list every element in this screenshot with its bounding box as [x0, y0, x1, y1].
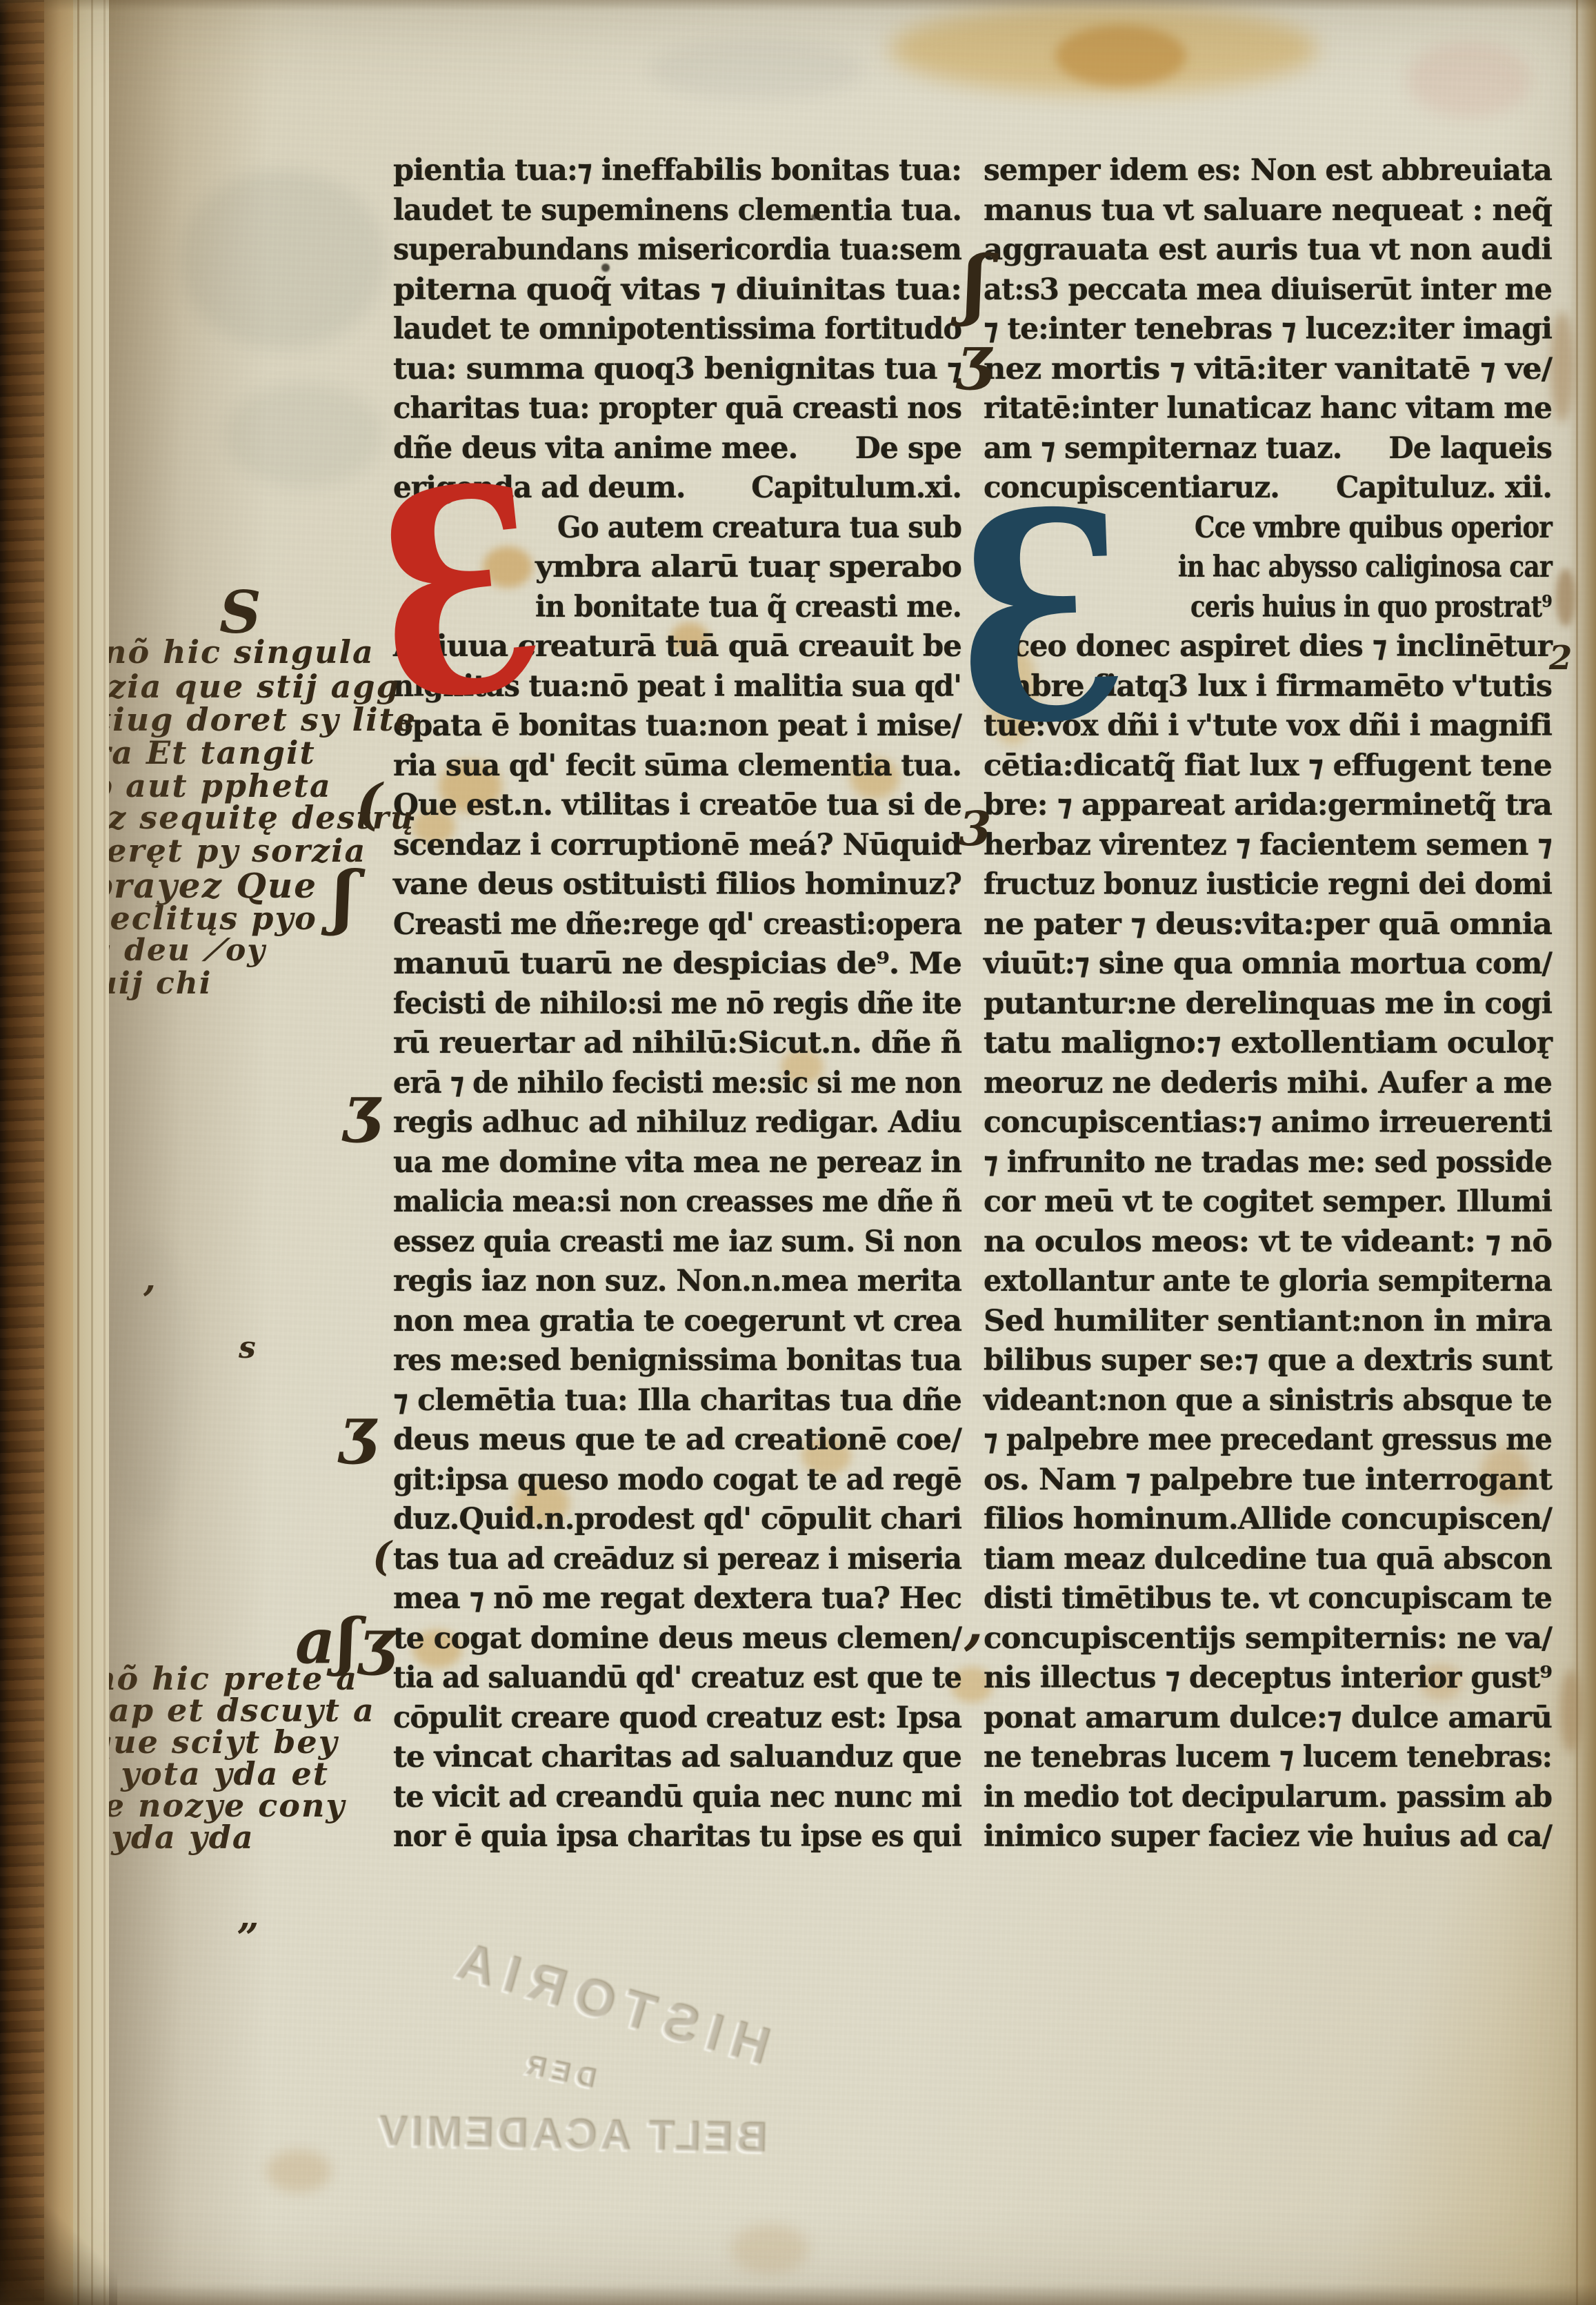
text-column-left: pientia tua:⁊ ineffabilis bonitas tua:la…	[393, 153, 961, 1859]
text-line: ⁊ infrunito ne tradas me: sed posside	[984, 1145, 1552, 1185]
stamp-text-top: HISTORIA	[439, 1928, 775, 2077]
blind-embossed-stamp: HISTORIA DER BELT ACADEMIV	[306, 1927, 795, 2244]
text-line: ritatē:inter lunaticaz hanc vitam me	[984, 391, 1552, 431]
spine-leather-texture	[0, 0, 44, 2305]
text-line: semper idem es: Non est abbreuiata	[984, 153, 1552, 193]
stain	[731, 2224, 808, 2274]
text-line: extollantur ante te gloria sempiterna	[984, 1264, 1552, 1304]
text-line: scendaz i corruptionē meá? Nūquid	[393, 828, 961, 868]
text-line: git:ipsa queso modo cogat te ad regē	[393, 1463, 961, 1503]
text-line: aggrauata est auris tua vt non audi	[984, 233, 1552, 273]
gutter-crease-line	[91, 0, 93, 2305]
stain	[648, 39, 862, 101]
text-line: essez quia creasti me iaz sum. Si non	[393, 1225, 961, 1265]
text-line: cōpulit creare quod creatuz est: Ipsa	[393, 1701, 961, 1741]
text-line: tas tua ad creāduz si pereaz i miseria	[393, 1542, 961, 1582]
drop-cap-initial-blue: Ɛ	[954, 506, 1133, 731]
text-line: ne pater ⁊ deus:vita:per quā omnia	[984, 907, 1552, 947]
text-line: os. Nam ⁊ palpebre tue interrogant	[984, 1463, 1552, 1503]
text-line: regis adhuc ad nihiluz redigar. Adiu	[393, 1105, 961, 1145]
stain	[1407, 41, 1531, 117]
page-right-edge-line	[1576, 0, 1578, 2305]
text-line: charitas tua: propter quā creasti nos	[393, 391, 961, 431]
text-line: in medio tot decipularum. passim ab	[984, 1780, 1552, 1820]
ink-mark: (	[356, 771, 382, 836]
text-line: putantur:ne derelinquas me in cogi	[984, 987, 1552, 1027]
text-line: inimico super faciez vie huius ad ca/	[984, 1819, 1552, 1859]
text-line: meoruz ne dederis mihi. Aufer a me	[984, 1066, 1552, 1106]
text-line: laudet te omnipotentissima fortitudo	[393, 312, 961, 352]
page-bottom-edge-shadow	[0, 2284, 1596, 2305]
text-line: pientia tua:⁊ ineffabilis bonitas tua:	[393, 153, 961, 193]
text-line: manus tua vt saluare nequeat : neq̃	[984, 193, 1552, 233]
ink-mark: ʒ	[957, 323, 991, 393]
text-line: disti timētibus te. vt concupiscam te	[984, 1581, 1552, 1621]
text-line: manuū tuarū ne despicias de⁹. Me	[393, 947, 961, 987]
text-line: malicia mea:si non creasses me dñe ñ	[393, 1185, 961, 1225]
text-line: nor ē quia ipsa charitas tu ipse es qui	[393, 1819, 961, 1859]
text-line: superabundans misericordia tua:sem	[393, 233, 961, 273]
text-line: ⁊ palpebre mee precedant gressus me	[984, 1423, 1552, 1463]
binding-edge-tan	[44, 0, 73, 2305]
text-line: vane deus ostituisti filios hominuz?	[393, 867, 961, 907]
text-line: te vincat charitas ad saluanduz que	[393, 1740, 961, 1780]
text-line: mea ⁊ nō me regat dextera tua? Hec	[393, 1581, 961, 1621]
text-line: rū reuertar ad nihilū:Sicut.n. dñe ñ	[393, 1026, 961, 1066]
text-line: nis illectus ⁊ deceptus interior gust⁹	[984, 1661, 1552, 1701]
text-line: videant:non que a sinistris absque te	[984, 1383, 1552, 1423]
text-line: Sed humiliter sentiant:non in mira	[984, 1304, 1552, 1344]
ink-mark: ʃ	[332, 855, 355, 937]
stamp-text-middle: DER	[516, 2049, 597, 2095]
text-line: te vicit ad creandū quia nec nunc mi	[393, 1780, 961, 1820]
text-line: res me:sed benignissima bonitas tua	[393, 1343, 961, 1383]
text-line: na oculos meos: vt te videant: ⁊ nō	[984, 1225, 1552, 1265]
ink-mark: 3	[959, 802, 991, 857]
text-line: fecisti de nihilo:si me nō regis dñe ite	[393, 987, 961, 1027]
text-line: te cogat domine deus meus clemen/	[393, 1621, 961, 1661]
page-top-edge-shadow	[0, 0, 1596, 11]
text-line: tia ad saluandū qd' creatuz est que te	[393, 1661, 961, 1701]
text-line: at:s3 peccata mea diuiserūt inter me	[984, 273, 1552, 313]
gutter-crease-line	[77, 0, 79, 2305]
text-line: non mea gratia te coegerunt vt crea	[393, 1304, 961, 1344]
text-line: ne tenebras lucem ⁊ lucem tenebras:	[984, 1740, 1552, 1780]
text-line: deus meus que te ad creationē coe/	[393, 1423, 961, 1463]
page-right-edge	[1568, 0, 1596, 2305]
bottom-left-binding-shadow	[0, 2181, 117, 2305]
ink-mark: (	[372, 1533, 391, 1580]
text-line: tiam meaz dulcedine tua quā abscon	[984, 1542, 1552, 1582]
ink-mark: ʒ	[343, 1071, 379, 1145]
text-line: Que est.n. vtilitas i creatōe tua si de	[393, 788, 961, 828]
text-line: bilibus super se:⁊ que a dextris sunt	[984, 1343, 1552, 1383]
text-line: bre: ⁊ appareat arida:germinetq̃ tra	[984, 788, 1552, 828]
stain	[890, 4, 1317, 94]
text-line: concupiscentijs sempiternis: ne va/	[984, 1621, 1552, 1661]
text-line: fructuz bonuz iusticie regni dei domi	[984, 867, 1552, 907]
text-line: erā ⁊ de nihilo fecisti me:sic si me non	[393, 1066, 961, 1106]
text-line: ua me domine vita mea ne pereaz in	[393, 1145, 961, 1185]
text-line: laudet te supeminens clementia tua.	[393, 193, 961, 233]
text-line: ponat amarum dulce:⁊ dulce amarū	[984, 1701, 1552, 1741]
text-column-right: semper idem es: Non est abbreuiatamanus …	[984, 153, 1552, 1859]
stain	[266, 2150, 331, 2193]
gutter-shadow	[109, 0, 268, 2305]
text-line: filios hominum.Allide concupiscen/	[984, 1502, 1552, 1542]
text-line: piterna quoq̃ vitas ⁊ diuinitas tua:	[393, 273, 961, 313]
ink-mark: ,	[964, 1591, 984, 1656]
gutter-crease-line	[103, 0, 106, 2305]
text-line: tua: summa quoq3 benignitas tua ⁊	[393, 352, 961, 392]
text-line: herbaz virentez ⁊ facientem semen ⁊	[984, 828, 1552, 868]
text-line: ⁊ te:inter tenebras ⁊ lucez:iter imagi	[984, 312, 1552, 352]
ink-mark: ʃ	[963, 239, 988, 328]
text-line: nez mortis ⁊ vitā:iter vanitatē ⁊ ve/	[984, 352, 1552, 392]
stain	[1055, 25, 1186, 87]
text-line: concupiscentias:⁊ animo irreuerenti	[984, 1105, 1552, 1145]
text-line: tatu maligno:⁊ extollentiam oculor̨	[984, 1026, 1552, 1066]
stamp-text-bottom: BELT ACADEMIV	[374, 2107, 766, 2163]
text-line: Creasti me dñe:rege qd' creasti:opera	[393, 907, 961, 947]
text-line: ⁊ clemētia tua: Illa charitas tua dñe	[393, 1383, 961, 1423]
scanned-book-page-photo: pientia tua:⁊ ineffabilis bonitas tua:la…	[0, 0, 1596, 2305]
text-line: regis iaz non suz. Non.n.mea merita	[393, 1264, 961, 1304]
ink-mark: ʒ	[339, 1392, 375, 1467]
text-line: duz.Quid.n.prodest qd' cōpulit chari	[393, 1502, 961, 1542]
text-line: viuūt:⁊ sine qua omnia mortua com/	[984, 947, 1552, 987]
text-line: cor meū vt te cogitet semper. Illumi	[984, 1185, 1552, 1225]
